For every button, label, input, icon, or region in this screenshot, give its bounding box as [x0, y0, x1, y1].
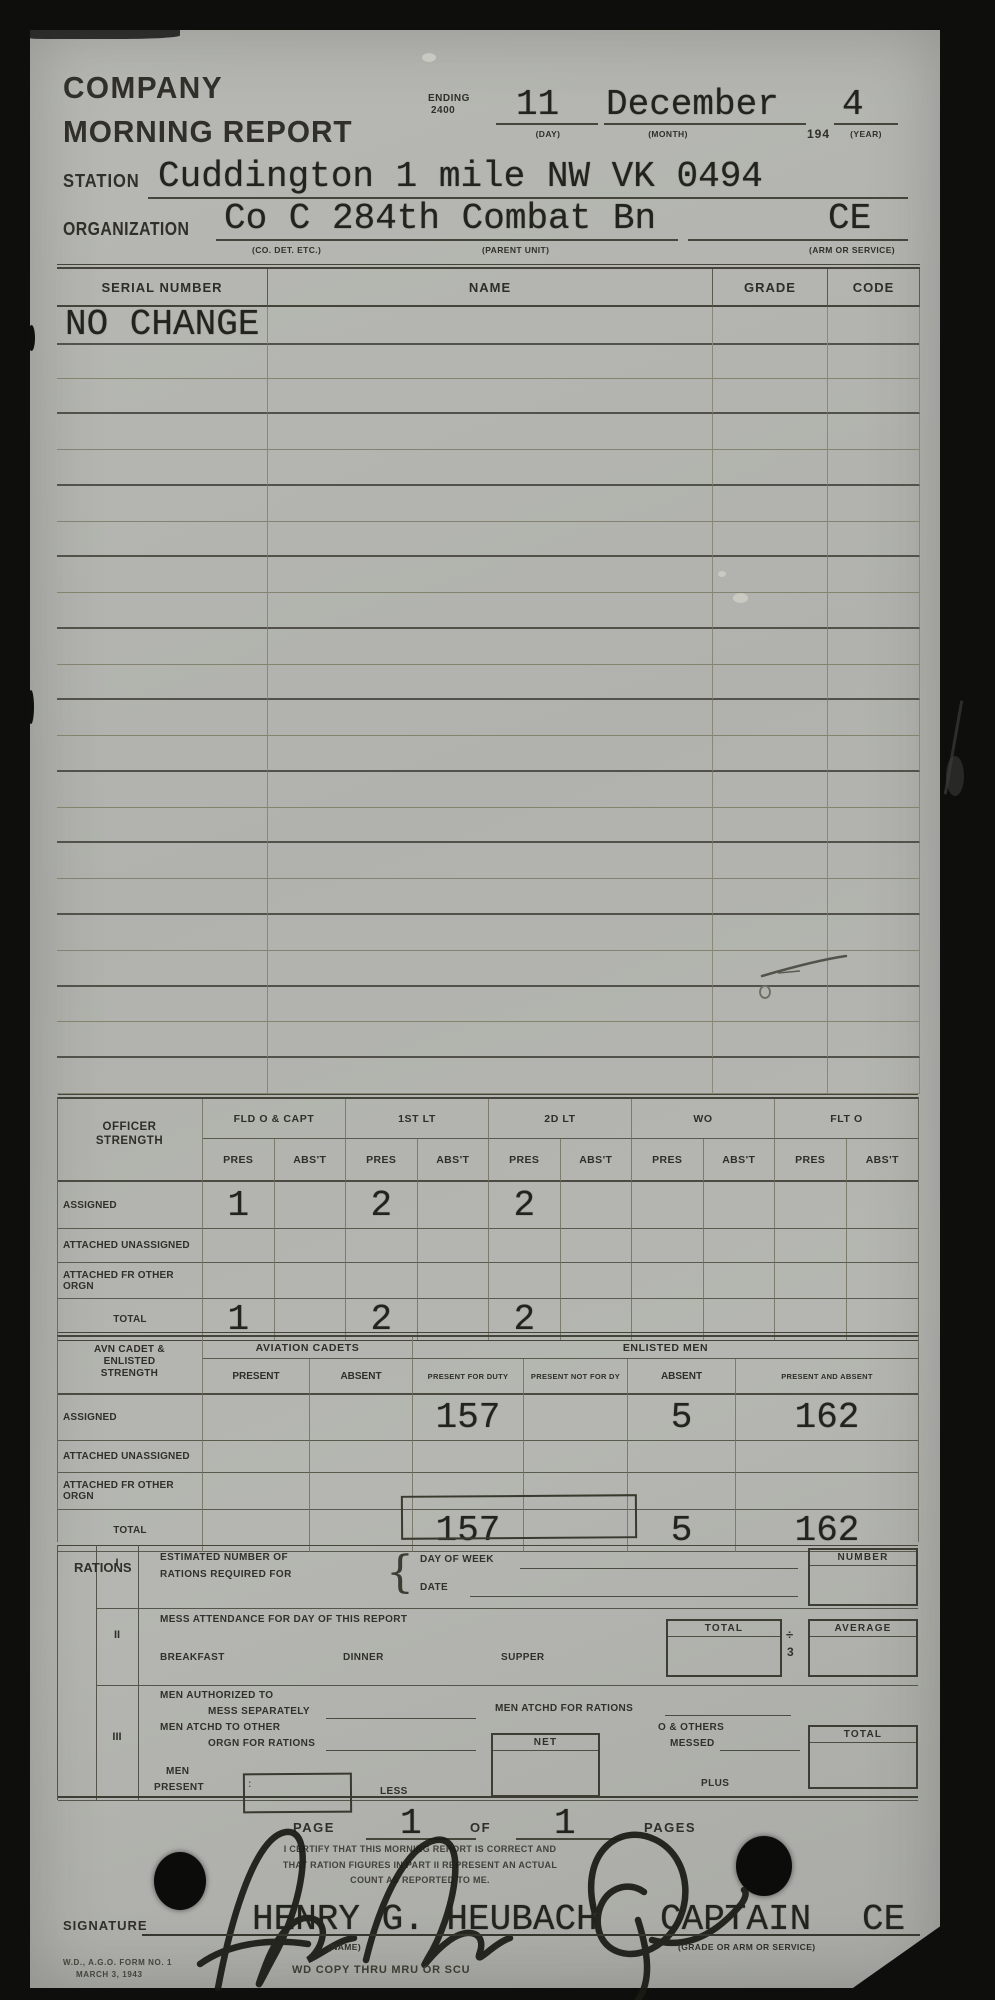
enlisted-value-cell	[203, 1441, 310, 1473]
officer-value-cell	[203, 1229, 275, 1263]
roster-cell-name	[268, 736, 713, 772]
roster-cell-grade	[713, 736, 828, 772]
officer-subheader-abst: ABS'T	[561, 1139, 633, 1182]
rations-section-rule	[96, 1608, 918, 1609]
enlisted-value-cell	[628, 1441, 736, 1473]
name-caption: (NAME)	[328, 1942, 361, 1952]
officer-value-cell	[775, 1182, 847, 1229]
roster-header-3: CODE	[828, 269, 920, 307]
enlisted-value-cell	[203, 1473, 310, 1510]
rations-numeral-3: III	[102, 1731, 132, 1743]
officer-subheader-abst: ABS'T	[275, 1139, 347, 1182]
roster-cell-serial	[57, 736, 268, 772]
rations-numeral-2: II	[102, 1629, 132, 1641]
officer-subheader-pres: PRES	[346, 1139, 418, 1182]
roster-cell-serial	[57, 629, 268, 665]
roster-row	[57, 736, 920, 772]
officer-subheader-abst: ABS'T	[847, 1139, 919, 1182]
roster-cell-grade	[713, 307, 828, 345]
roster-cell-serial	[57, 951, 268, 987]
mess-separately-line	[326, 1718, 476, 1719]
roster-cell-grade	[713, 700, 828, 736]
roster-header-row: SERIAL NUMBERNAMEGRADECODE	[57, 269, 920, 307]
roster-cell-serial	[57, 915, 268, 951]
day-caption: (DAY)	[508, 129, 588, 139]
roster-cell-name	[268, 414, 713, 450]
roster-cell-name	[268, 593, 713, 629]
roster-cell-code	[828, 379, 920, 415]
roster-header-2: GRADE	[713, 269, 828, 307]
officer-subheader-abst: ABS'T	[418, 1139, 490, 1182]
form-title-line2: MORNING REPORT	[63, 114, 353, 150]
officer-group-1: 1ST LT	[346, 1099, 489, 1139]
roster-cell-code	[828, 808, 920, 844]
enlisted-column-header-0: PRESENT	[203, 1359, 310, 1395]
scanned-morning-report-page: { "colors": {"paper":"#b2b3ae","ink":"#2…	[0, 0, 995, 2000]
roster-cell-name	[268, 486, 713, 522]
roster-cell-serial	[57, 665, 268, 701]
officer-value-cell	[632, 1229, 704, 1263]
enlisted-value-cell	[310, 1395, 413, 1441]
roster-cell-name	[268, 700, 713, 736]
roster-cell-serial	[57, 522, 268, 558]
roster-cell-name	[268, 450, 713, 486]
roster-cell-serial	[57, 1058, 268, 1094]
officer-value-cell	[346, 1263, 418, 1299]
rations-divider	[138, 1545, 139, 1800]
officer-group-4: FLT O	[775, 1099, 918, 1139]
roster-row: NO CHANGE	[57, 307, 920, 343]
roster-row	[57, 1022, 920, 1058]
officer-value-cell	[489, 1229, 561, 1263]
officer-value-cell	[489, 1263, 561, 1299]
enlisted-strength-corner-label: AVN CADET & ENLISTED STRENGTH	[57, 1344, 202, 1380]
roster-row	[57, 557, 920, 593]
orgn-for-rations-line	[326, 1750, 476, 1751]
enlisted-value-cell	[310, 1473, 413, 1510]
officer-subheader-pres: PRES	[203, 1139, 275, 1182]
roster-cell-grade	[713, 343, 828, 379]
roster-cell-grade	[713, 843, 828, 879]
form-title-line1: COMPANY	[63, 70, 223, 106]
divide-sign: ÷	[786, 1627, 794, 1642]
distribution-note: WD COPY THRU MRU OR SCU	[292, 1964, 470, 1976]
roster-cell-name	[268, 951, 713, 987]
enlisted-row-1: ATTACHED UNASSIGNED	[58, 1441, 918, 1473]
roster-row	[57, 700, 920, 736]
roster-cell-serial	[57, 379, 268, 415]
officer-row-0: ASSIGNED122	[58, 1182, 918, 1229]
officer-row-2: ATTACHED FR OTHER ORGN	[58, 1263, 918, 1299]
officer-subheader-pres: PRES	[489, 1139, 561, 1182]
enlisted-row-label: ATTACHED FR OTHER ORGN	[58, 1473, 203, 1510]
roster-cell-serial	[57, 1022, 268, 1058]
roster-cell-name	[268, 879, 713, 915]
men-authorized-line1: MEN AUTHORIZED TO	[160, 1690, 273, 1701]
ending-label-line2: 2400	[428, 105, 470, 117]
rations-section: RATIONS I II III ESTIMATED NUMBER OF RAT…	[57, 1545, 918, 1800]
roster-row	[57, 343, 920, 379]
roster-header-1: NAME	[268, 269, 713, 307]
rations-numeral-1: I	[102, 1557, 132, 1569]
enlisted-value-cell	[736, 1441, 918, 1473]
month-caption: (MONTH)	[628, 129, 708, 139]
roster-cell-serial	[57, 843, 268, 879]
number-box-label: NUMBER	[810, 1550, 916, 1566]
edge-nick	[28, 325, 35, 351]
roster-cell-code	[828, 1058, 920, 1094]
roster-cell-serial	[57, 879, 268, 915]
roster-row	[57, 665, 920, 701]
year-caption: (YEAR)	[830, 129, 902, 139]
officer-value-cell	[561, 1182, 633, 1229]
organization-underline	[216, 239, 678, 241]
enlisted-group-enlisted-men: ENLISTED MEN	[413, 1337, 918, 1359]
officer-value-cell	[561, 1229, 633, 1263]
average-box-label: AVERAGE	[810, 1621, 916, 1637]
arm-or-service-value: CE	[828, 201, 871, 237]
roster-row	[57, 450, 920, 486]
officer-row-1: ATTACHED UNASSIGNED	[58, 1229, 918, 1263]
officer-group-2: 2D LT	[489, 1099, 632, 1139]
officer-value-cell	[346, 1229, 418, 1263]
roster-cell-serial: NO CHANGE	[57, 307, 268, 345]
roster-cell-name	[268, 843, 713, 879]
roster-cell-code	[828, 879, 920, 915]
arm-caption: (ARM OR SERVICE)	[790, 245, 914, 255]
organization-label: ORGANIZATION	[63, 219, 189, 240]
officer-value-cell	[418, 1229, 490, 1263]
supper-label: SUPPER	[501, 1652, 545, 1663]
enlisted-value-cell	[736, 1473, 918, 1510]
roster-row	[57, 522, 920, 558]
enlisted-row-0: ASSIGNED1575162	[58, 1395, 918, 1441]
edge-nick	[28, 690, 34, 724]
total-box-iii: TOTAL	[808, 1725, 918, 1789]
mess-attendance-title: MESS ATTENDANCE FOR DAY OF THIS REPORT	[160, 1614, 407, 1625]
rations-section-rule	[96, 1685, 918, 1686]
officer-value-cell	[275, 1229, 347, 1263]
officer-value-cell	[275, 1182, 347, 1229]
roster-cell-code	[828, 665, 920, 701]
enlisted-column-header-3: PRESENT NOT FOR DY	[524, 1359, 628, 1395]
enlisted-column-header-2: PRESENT FOR DUTY	[413, 1359, 524, 1395]
officer-value-cell	[775, 1263, 847, 1299]
rations1-line2: RATIONS REQUIRED FOR	[160, 1569, 292, 1580]
enlisted-value-cell	[524, 1395, 628, 1441]
roster-cell-code	[828, 343, 920, 379]
men-present-line1: MEN	[166, 1766, 189, 1777]
roster-cell-name	[268, 1022, 713, 1058]
torn-edge-streak	[30, 30, 180, 39]
officer-value-cell: 2	[489, 1182, 561, 1229]
roster-cell-code	[828, 1022, 920, 1058]
roster-row	[57, 772, 920, 808]
net-box-label: NET	[493, 1735, 598, 1751]
roster-cell-serial	[57, 987, 268, 1023]
roster-cell-name	[268, 808, 713, 844]
officer-value-cell	[275, 1263, 347, 1299]
roster-cell-code	[828, 843, 920, 879]
roster-cell-serial	[57, 700, 268, 736]
officer-value-cell: 1	[203, 1182, 275, 1229]
date-label: DATE	[420, 1582, 448, 1593]
officer-value-cell	[775, 1229, 847, 1263]
enlisted-column-header-5: PRESENT AND ABSENT	[736, 1359, 918, 1395]
roster-cell-serial	[57, 343, 268, 379]
rations1-line1: ESTIMATED NUMBER OF	[160, 1552, 288, 1563]
roster-row	[57, 486, 920, 522]
paper-speck	[422, 53, 436, 62]
roster-cell-serial	[57, 593, 268, 629]
roster-cell-grade	[713, 522, 828, 558]
roster-cell-code	[828, 522, 920, 558]
enlisted-group-aviation-cadets: AVIATION CADETS	[203, 1337, 413, 1359]
officer-value-cell	[203, 1263, 275, 1299]
roster-cell-name	[268, 1058, 713, 1094]
plus-label: PLUS	[701, 1778, 729, 1789]
roster-cell-name	[268, 772, 713, 808]
station-label: STATION	[63, 171, 140, 192]
roster-cell-name	[268, 987, 713, 1023]
officer-strength-corner-label: OFFICER STRENGTH	[57, 1120, 202, 1148]
pencil-colon: :	[248, 1779, 252, 1790]
officer-row-label: ATTACHED FR OTHER ORGN	[58, 1263, 203, 1299]
enlisted-value-cell	[413, 1441, 524, 1473]
signature-label: SIGNATURE	[63, 1918, 148, 1933]
roster-cell-serial	[57, 486, 268, 522]
roster-cell-name	[268, 557, 713, 593]
roster-cell-grade	[713, 1058, 828, 1094]
officer-value-cell	[704, 1263, 776, 1299]
organization-sub-label-right: (PARENT UNIT)	[482, 245, 549, 255]
breakfast-label: BREAKFAST	[160, 1652, 225, 1663]
roster-cell-grade	[713, 557, 828, 593]
roster-cell-code	[828, 307, 920, 345]
day-of-week-line	[520, 1568, 798, 1569]
roster-row	[57, 629, 920, 665]
officer-value-cell	[704, 1182, 776, 1229]
roster-cell-name	[268, 307, 713, 345]
roster-cell-grade	[713, 450, 828, 486]
roster-cell-grade	[713, 629, 828, 665]
officer-row-label: ASSIGNED	[58, 1182, 203, 1229]
total-box-ii: TOTAL	[666, 1619, 782, 1677]
signer-arm: CE	[862, 1902, 905, 1938]
roster-cell-serial	[57, 557, 268, 593]
messed-line	[720, 1750, 800, 1751]
year-value: 4	[842, 87, 864, 123]
enlisted-value-cell	[310, 1441, 413, 1473]
year-prefix: 194	[807, 127, 830, 141]
arm-underline	[688, 239, 908, 241]
day-of-week-label: DAY OF WEEK	[420, 1554, 494, 1565]
form-date: MARCH 3, 1943	[76, 1970, 143, 1979]
officer-value-cell	[632, 1263, 704, 1299]
roster-cell-serial	[57, 450, 268, 486]
organization-value: Co C 284th Combat Bn	[224, 201, 656, 237]
roster-cell-code	[828, 557, 920, 593]
roster-cell-name	[268, 665, 713, 701]
roster-row	[57, 879, 920, 915]
average-box: AVERAGE	[808, 1619, 918, 1677]
roster-row	[57, 1058, 920, 1094]
enlisted-column-header-4: ABSENT	[628, 1359, 736, 1395]
signer-grade: CAPTAIN	[660, 1902, 811, 1938]
enlisted-value-cell: 157	[413, 1395, 524, 1441]
station-value: Cuddington 1 mile NW VK 0494	[158, 159, 763, 195]
roster-cell-code	[828, 700, 920, 736]
divisor: 3	[787, 1645, 794, 1659]
scan-smudge	[946, 756, 964, 796]
enlisted-value-cell: 5	[628, 1395, 736, 1441]
total-box-iii-label: TOTAL	[810, 1727, 916, 1743]
roster-cell-grade	[713, 665, 828, 701]
roster-cell-name	[268, 343, 713, 379]
o-and-others-label: O & OTHERS	[658, 1722, 724, 1733]
messed-label: MESSED	[670, 1738, 715, 1749]
orgn-for-rations-label: ORGN FOR RATIONS	[208, 1738, 315, 1749]
roster-cell-name	[268, 629, 713, 665]
enlisted-row-label: ATTACHED UNASSIGNED	[58, 1441, 203, 1473]
roster-header-0: SERIAL NUMBER	[57, 269, 268, 307]
officer-value-cell	[632, 1182, 704, 1229]
roster-cell-grade	[713, 808, 828, 844]
roster-cell-name	[268, 915, 713, 951]
day-underline	[496, 123, 598, 125]
brace-glyph: {	[386, 1545, 414, 1601]
roster-cell-grade	[713, 379, 828, 415]
roster-row	[57, 808, 920, 844]
year-underline	[834, 123, 898, 125]
roster-cell-code	[828, 629, 920, 665]
roster-row	[57, 843, 920, 879]
roster-cell-serial	[57, 772, 268, 808]
officer-group-3: WO	[632, 1099, 775, 1139]
dinner-label: DINNER	[343, 1652, 384, 1663]
month-underline	[604, 123, 806, 125]
roster-cell-grade	[713, 593, 828, 629]
roster-cell-code	[828, 450, 920, 486]
officer-group-0: FLD O & CAPT	[203, 1099, 346, 1139]
roster-cell-code	[828, 772, 920, 808]
officer-value-cell	[704, 1229, 776, 1263]
total-pencil-box	[401, 1494, 637, 1540]
roster-cell-grade	[713, 1022, 828, 1058]
officer-value-cell	[847, 1263, 919, 1299]
ending-label-line1: ENDING	[428, 93, 470, 105]
ending-2400-label: ENDING 2400	[428, 93, 470, 116]
form-number: W.D., A.G.O. FORM NO. 1	[63, 1958, 172, 1967]
roster-row	[57, 414, 920, 450]
date-line	[470, 1596, 798, 1597]
roster-cell-name	[268, 522, 713, 558]
officer-value-cell	[418, 1263, 490, 1299]
enlisted-value-cell	[524, 1441, 628, 1473]
enlisted-column-header-1: ABSENT	[310, 1359, 413, 1395]
men-atchd-for-rations-label: MEN ATCHD FOR RATIONS	[495, 1703, 633, 1714]
officer-value-cell	[561, 1263, 633, 1299]
grade-caption: (GRADE OR ARM OR SERVICE)	[678, 1942, 816, 1952]
organization-sub-label-left: (CO. DET. ETC.)	[252, 245, 321, 255]
total-box-ii-label: TOTAL	[668, 1621, 780, 1637]
officer-row-label: ATTACHED UNASSIGNED	[58, 1229, 203, 1263]
roster-row	[57, 593, 920, 629]
number-box: NUMBER	[808, 1548, 918, 1606]
enlisted-row-label: ASSIGNED	[58, 1395, 203, 1441]
roster-cell-code	[828, 593, 920, 629]
rations-side-label: RATIONS	[74, 1551, 89, 1585]
roster-cell-serial	[57, 808, 268, 844]
officer-value-cell	[418, 1182, 490, 1229]
men-atchd-for-rations-line	[665, 1715, 791, 1716]
roster-cell-grade	[713, 414, 828, 450]
net-box: NET	[491, 1733, 600, 1797]
month-value: December	[606, 87, 779, 123]
signer-typed-name: HENRY G. HEUBACH	[252, 1902, 598, 1938]
roster-cell-code	[828, 486, 920, 522]
roster-cell-code	[828, 414, 920, 450]
roster-cell-grade	[713, 879, 828, 915]
enlisted-value-cell	[203, 1395, 310, 1441]
pencil-marks	[748, 942, 858, 1002]
day-value: 11	[516, 87, 559, 123]
officer-value-cell: 2	[346, 1182, 418, 1229]
roster-row	[57, 379, 920, 415]
roster-cell-code	[828, 736, 920, 772]
enlisted-value-cell	[628, 1473, 736, 1510]
morning-report-form: COMPANY MORNING REPORT ENDING 2400 11 De…	[30, 30, 940, 1988]
roster-cell-name	[268, 379, 713, 415]
officer-subheader-abst: ABS'T	[704, 1139, 776, 1182]
mess-separately-label: MESS SEPARATELY	[208, 1706, 310, 1717]
officer-value-cell	[847, 1182, 919, 1229]
enlisted-value-cell: 162	[736, 1395, 918, 1441]
officer-subheader-pres: PRES	[632, 1139, 704, 1182]
rations-divider	[96, 1545, 97, 1800]
roster-cell-grade	[713, 772, 828, 808]
men-atchd-other-line1: MEN ATCHD TO OTHER	[160, 1722, 280, 1733]
officer-subheader-pres: PRES	[775, 1139, 847, 1182]
officer-value-cell	[847, 1229, 919, 1263]
roster-cell-serial	[57, 414, 268, 450]
roster-cell-grade	[713, 486, 828, 522]
